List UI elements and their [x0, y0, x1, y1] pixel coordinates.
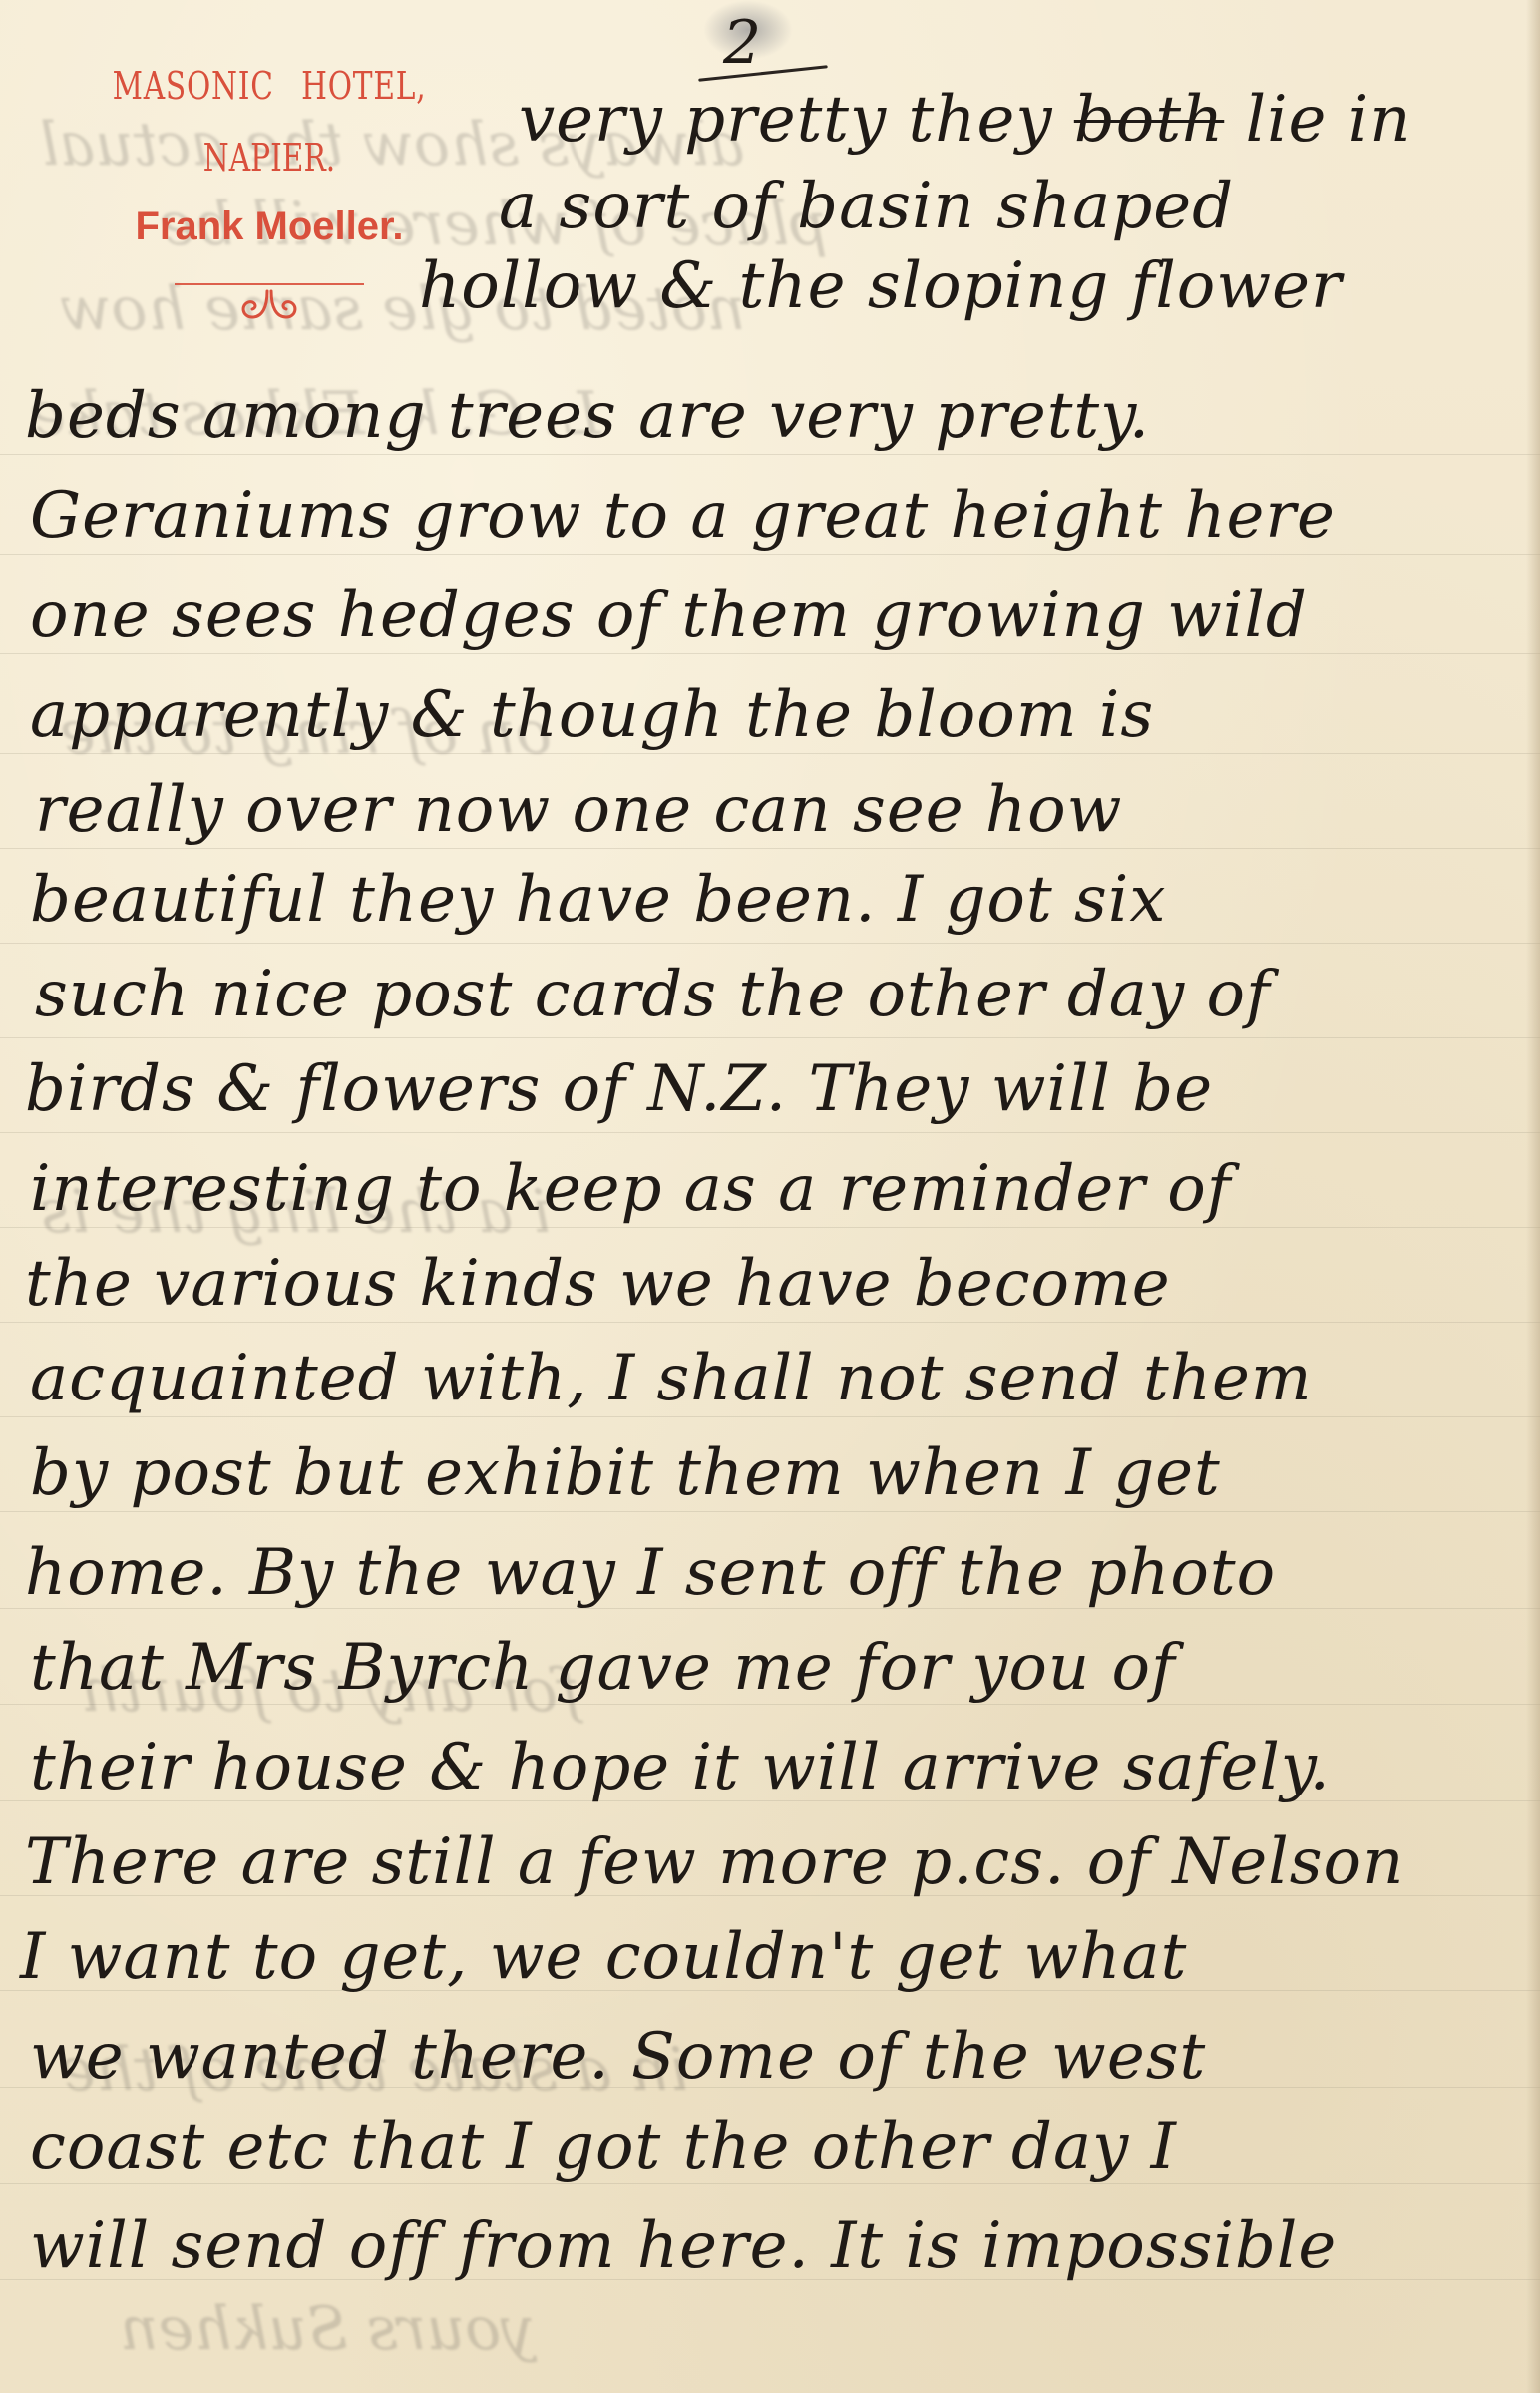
letterhead-divider	[175, 283, 364, 285]
scroll-ornament-icon	[234, 287, 304, 321]
handwritten-line-2: a sort of basin shaped	[499, 175, 1234, 238]
handwritten-line-22: coast etc that I got the other day I	[30, 2115, 1177, 2179]
ruled-line	[0, 1037, 1540, 1038]
handwritten-line-21: we wanted there. Some of the west	[30, 2025, 1206, 2089]
letterhead: MASONIC HOTEL, NAPIER. Frank Moeller.	[60, 62, 479, 326]
handwritten-line-12: interesting to keep as a reminder of	[30, 1157, 1231, 1221]
handwritten-line-17: that Mrs Byrch gave me for you of	[30, 1636, 1176, 1700]
page-number-underline	[698, 65, 828, 82]
handwritten-line-7: apparently & though the bloom is	[30, 683, 1154, 747]
ruled-line	[0, 653, 1540, 654]
handwritten-line-3: hollow & the sloping flower	[419, 254, 1343, 318]
handwritten-line-1: very pretty they both lie in	[519, 88, 1411, 152]
handwritten-line-19: There are still a few more p.cs. of Nels…	[25, 1830, 1404, 1894]
handwritten-line-11: birds & flowers of N.Z. They will be	[25, 1057, 1213, 1121]
line-text: lie in	[1224, 83, 1411, 157]
show-through-writing: yours Sukhen	[120, 2294, 535, 2364]
handwritten-line-5: Geraniums grow to a great height here	[30, 484, 1336, 548]
ruled-line	[0, 1132, 1540, 1133]
handwritten-line-16: home. By the way I sent off the photo	[25, 1541, 1276, 1605]
line-text: very pretty they	[519, 83, 1074, 157]
letterhead-proprietor: Frank Moeller.	[60, 203, 479, 249]
handwritten-line-18: their house & hope it will arrive safely…	[30, 1736, 1331, 1799]
handwritten-line-13: the various kinds we have become	[25, 1252, 1171, 1316]
handwritten-line-23: will send off from here. It is impossibl…	[30, 2214, 1337, 2278]
handwritten-line-10: such nice post cards the other day of	[35, 963, 1271, 1026]
handwritten-line-20: I want to get, we couldn't get what	[20, 1925, 1187, 1989]
handwritten-line-4: beds among trees are very pretty.	[25, 384, 1150, 448]
ruled-line	[0, 554, 1540, 555]
ruled-line	[0, 1511, 1540, 1512]
ruled-line	[0, 848, 1540, 849]
handwritten-line-9: beautiful they have been. I got six	[30, 868, 1166, 932]
letterhead-city: NAPIER.	[106, 136, 433, 180]
page-number: 2	[723, 8, 761, 78]
ruled-line	[0, 454, 1540, 455]
handwritten-line-15: by post but exhibit them when I get	[30, 1441, 1221, 1505]
paper-edge	[1526, 0, 1540, 2393]
ruled-line	[0, 943, 1540, 944]
letter-page: always show the actual place of where wi…	[0, 0, 1540, 2393]
handwritten-line-8: really over now one can see how	[35, 778, 1122, 842]
handwritten-line-6: one sees hedges of them growing wild	[30, 584, 1308, 647]
struck-word: both	[1074, 83, 1224, 157]
letterhead-hotel-name: MASONIC HOTEL,	[106, 62, 433, 110]
ruled-line	[0, 1322, 1540, 1323]
ruled-line	[0, 1416, 1540, 1417]
handwritten-line-14: acquainted with, I shall not send them	[30, 1347, 1313, 1410]
